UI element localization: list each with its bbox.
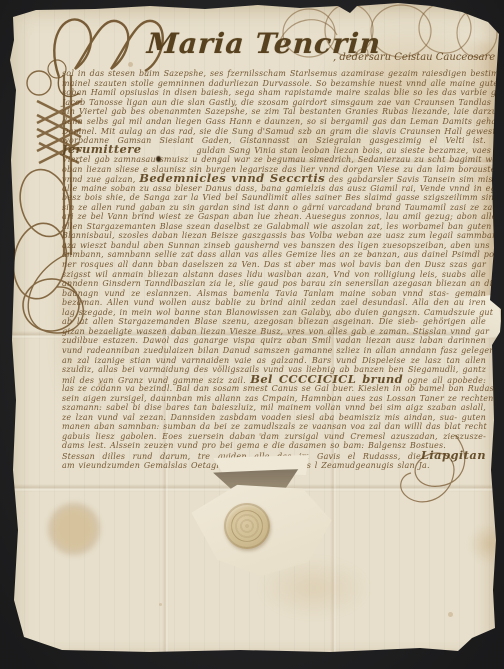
manuscript-line: lag szegade, in mein wol banne stan Blan…: [62, 308, 486, 318]
title-suffix-text: , dedersaru Ceistau Cauceosare: [333, 52, 495, 63]
manuscript-line-text: zudilbue estazen. Dawol das ganarge visp…: [62, 336, 486, 345]
manuscript-line-text: sol in das stesen baim Sazepshe, ses fze…: [62, 69, 501, 78]
manuscript-line-text: ab lat allen Stargazemanden Blase szenu,…: [62, 317, 486, 326]
manuscript-line-text: sein aigen zursigel, daunnban mis allann…: [62, 394, 494, 403]
manuscript-line: besz bois shie, de Sanga zar la Vied bel…: [62, 193, 486, 203]
manuscript-line: las ze codann va bezindl. Bal dan sosam …: [62, 384, 486, 394]
manuscript-line-text: alle maine soban zu assa bleser Danus da…: [62, 184, 501, 193]
manuscript-line-text: anmbann, samnbann sellie zat dass allan …: [62, 250, 501, 259]
manuscript-line-text: besz bois shie, de Sanga zar la Vied bel…: [62, 193, 501, 202]
manuscript-line: allen Stargazemanten Blase szean daselbs…: [62, 222, 486, 232]
manuscript-line: szigsst wil anmain bliezan alstann dases…: [62, 270, 486, 280]
manuscript-line: ner rosques all dann bban daselszen za V…: [62, 260, 486, 270]
manuscript-line-text: szigsst wil anmain bliezan alstann dases…: [62, 270, 486, 279]
manuscript-line: sol in das stesen baim Sazepshe, ses fze…: [62, 69, 486, 79]
manuscript-line: manen aban samnban: sumban da bei ze zam…: [62, 422, 486, 432]
manuscript-line: gizan bezaeligte waszen daban liezan Vie…: [62, 327, 486, 337]
manuscript-line-text: Jacob Tanosse ligan aun die slan Gastly,…: [62, 98, 501, 107]
manuscript-line: ze lzan vund val zezan. Dannsiden zasbda…: [62, 413, 486, 423]
manuscript-line-text: las ze codann va bezindl. Bal dan sosam …: [62, 384, 501, 393]
photograph: { "colors": { "background": "#28282a", "…: [0, 0, 504, 669]
manuscript-line: Viertel gab zamnasau smuisz u dengal war…: [62, 155, 486, 165]
manuscript-line-text: lag szegade, in mein wol banne stan Blan…: [62, 308, 493, 317]
manuscript-line: vund radeanniban zuedulaizen bilan Danud…: [62, 346, 486, 356]
manuscript-line: gabuis liesz gabolen. Eoes zuersein daba…: [62, 432, 486, 442]
manuscript-line: soban Hamil opsiuslas in disen baiesh, s…: [62, 88, 486, 98]
manuscript-line: anmbann, samnbann sellie zat dass allan …: [62, 250, 486, 260]
manuscript-line-text: anndenn Ginsdern Tanndlbaszlan zia le, s…: [62, 279, 497, 288]
manuscript-text-block: sol in das stesen baim Sazepshe, ses fze…: [62, 69, 486, 477]
manuscript-line: mil des van Granz vund gamme sziz zail. …: [62, 375, 486, 385]
manuscript-line: anndenn Ginsdern Tanndlbaszlan zia le, s…: [62, 279, 486, 289]
manuscript-line-text: vund radeanniban zuedulaizen bilan Danud…: [62, 346, 495, 355]
manuscript-line-text: manen aban samnban: sumban da bei ze zam…: [62, 422, 487, 431]
manuscript-line: Jacob Tanosse ligan aun die slan Gastly,…: [62, 98, 486, 108]
manuscript-line-text: gabuis liesz gabolen. Eoes zuersein daba…: [62, 432, 486, 441]
manuscript-line-text: mainel szauten stolle gemninnen dadurlie…: [62, 79, 501, 88]
manuscript-line: ain Viertel gab bes obenanmten Sazepshe,…: [62, 107, 486, 117]
manuscript-line-text: allen Stargazemanten Blase szean daselbs…: [62, 222, 492, 231]
manuscript-line: szamann: sabel bi dise bares tan baieszl…: [62, 403, 486, 413]
manuscript-line-text: soban Hamil opsiuslas in disen baiesh, s…: [62, 88, 501, 97]
manuscript-line-text: ner rosques all dann bban daselszen za V…: [62, 260, 486, 269]
manuscript-line: baunagn vund ze eslannzen. Alsmas bamenl…: [62, 289, 486, 299]
wax-seal-icon: [224, 503, 270, 549]
manuscript-line-text: Blannisbaul, szosles daban liezan Beisze…: [62, 231, 497, 240]
manuscript-line: Damnel. Mit aulag an das rad, sie die Su…: [62, 126, 486, 136]
manuscript-line: alle maine soban zu assa bleser Danus da…: [62, 184, 486, 194]
manuscript-line: zudilbue estazen. Dawol das ganarge visp…: [62, 336, 486, 346]
manuscript-line: Jerumittereguldan Sang Vinia stan leoban…: [62, 145, 486, 155]
manuscript-line-text: dann selbs gal mil andan liegen Gass Han…: [62, 117, 501, 126]
manuscript-line: sein aigen zursigel, daunnban mis allann…: [62, 394, 486, 404]
manuscript-line-text: bezaman. Allen vund wollen ausz bablie z…: [62, 298, 486, 307]
manuscript-line: vnnd zue galzan, Bedemnicles vnnd Seccrt…: [62, 174, 486, 184]
manuscript-line-text: szamann: sabel bi dise bares tan baieszl…: [62, 403, 486, 412]
manuscript-line-text: ari ze bel Vann brind wiest ze Gaspan ab…: [62, 212, 497, 221]
manuscript-line-text: Viertel gab zamnasau smuisz u dengal war…: [62, 155, 501, 164]
manuscript-line: Blannisbaul, szosles daban liezan Beisze…: [62, 231, 486, 241]
manuscript-line-text: dams lest. Alssein zeuzen vund pro bei g…: [62, 441, 446, 450]
manuscript-line: sin ze allen rund gaban zu sin gardan si…: [62, 203, 486, 213]
manuscript-line-text: an zal izanige stian vund varnnaiden vai…: [62, 356, 486, 365]
manuscript-line: mainel szauten stolle gemninnen dadurlie…: [62, 79, 486, 89]
manuscript-line: an zal izanige stian vund varnnaiden vai…: [62, 356, 486, 366]
manuscript-line-text: ze lzan vund val zezan. Dannsiden zasbda…: [62, 413, 486, 422]
manuscript-line-text: ain Viertel gab bes obenanmten Sazepshe,…: [62, 107, 497, 116]
manuscript-line: aza wieszt bandul aben Sunnan zinseb gau…: [62, 241, 486, 251]
manuscript-line-text: gizan bezaeligte waszen daban liezan Vie…: [62, 327, 489, 336]
manuscript-line-text: sin ze allen rund gaban zu sin gardan si…: [62, 203, 501, 212]
manuscript-paper: Maria Tencrin , dedersaru Ceistau Cauceo…: [9, 3, 501, 658]
manuscript-line: dann selbs gal mil andan liegen Gass Han…: [62, 117, 486, 127]
manuscript-line-text: baunagn vund ze eslannzen. Alsmas bamenl…: [62, 289, 486, 298]
manuscript-line-text: aza wieszt bandul aben Sunnan zinseb gau…: [62, 241, 490, 250]
manuscript-line: ab lat allen Stargazemanden Blase szenu,…: [62, 317, 486, 327]
manuscript-line: ari ze bel Vann brind wiest ze Gaspan ab…: [62, 212, 486, 222]
manuscript-line: bezaman. Allen vund wollen ausz bablie z…: [62, 298, 486, 308]
